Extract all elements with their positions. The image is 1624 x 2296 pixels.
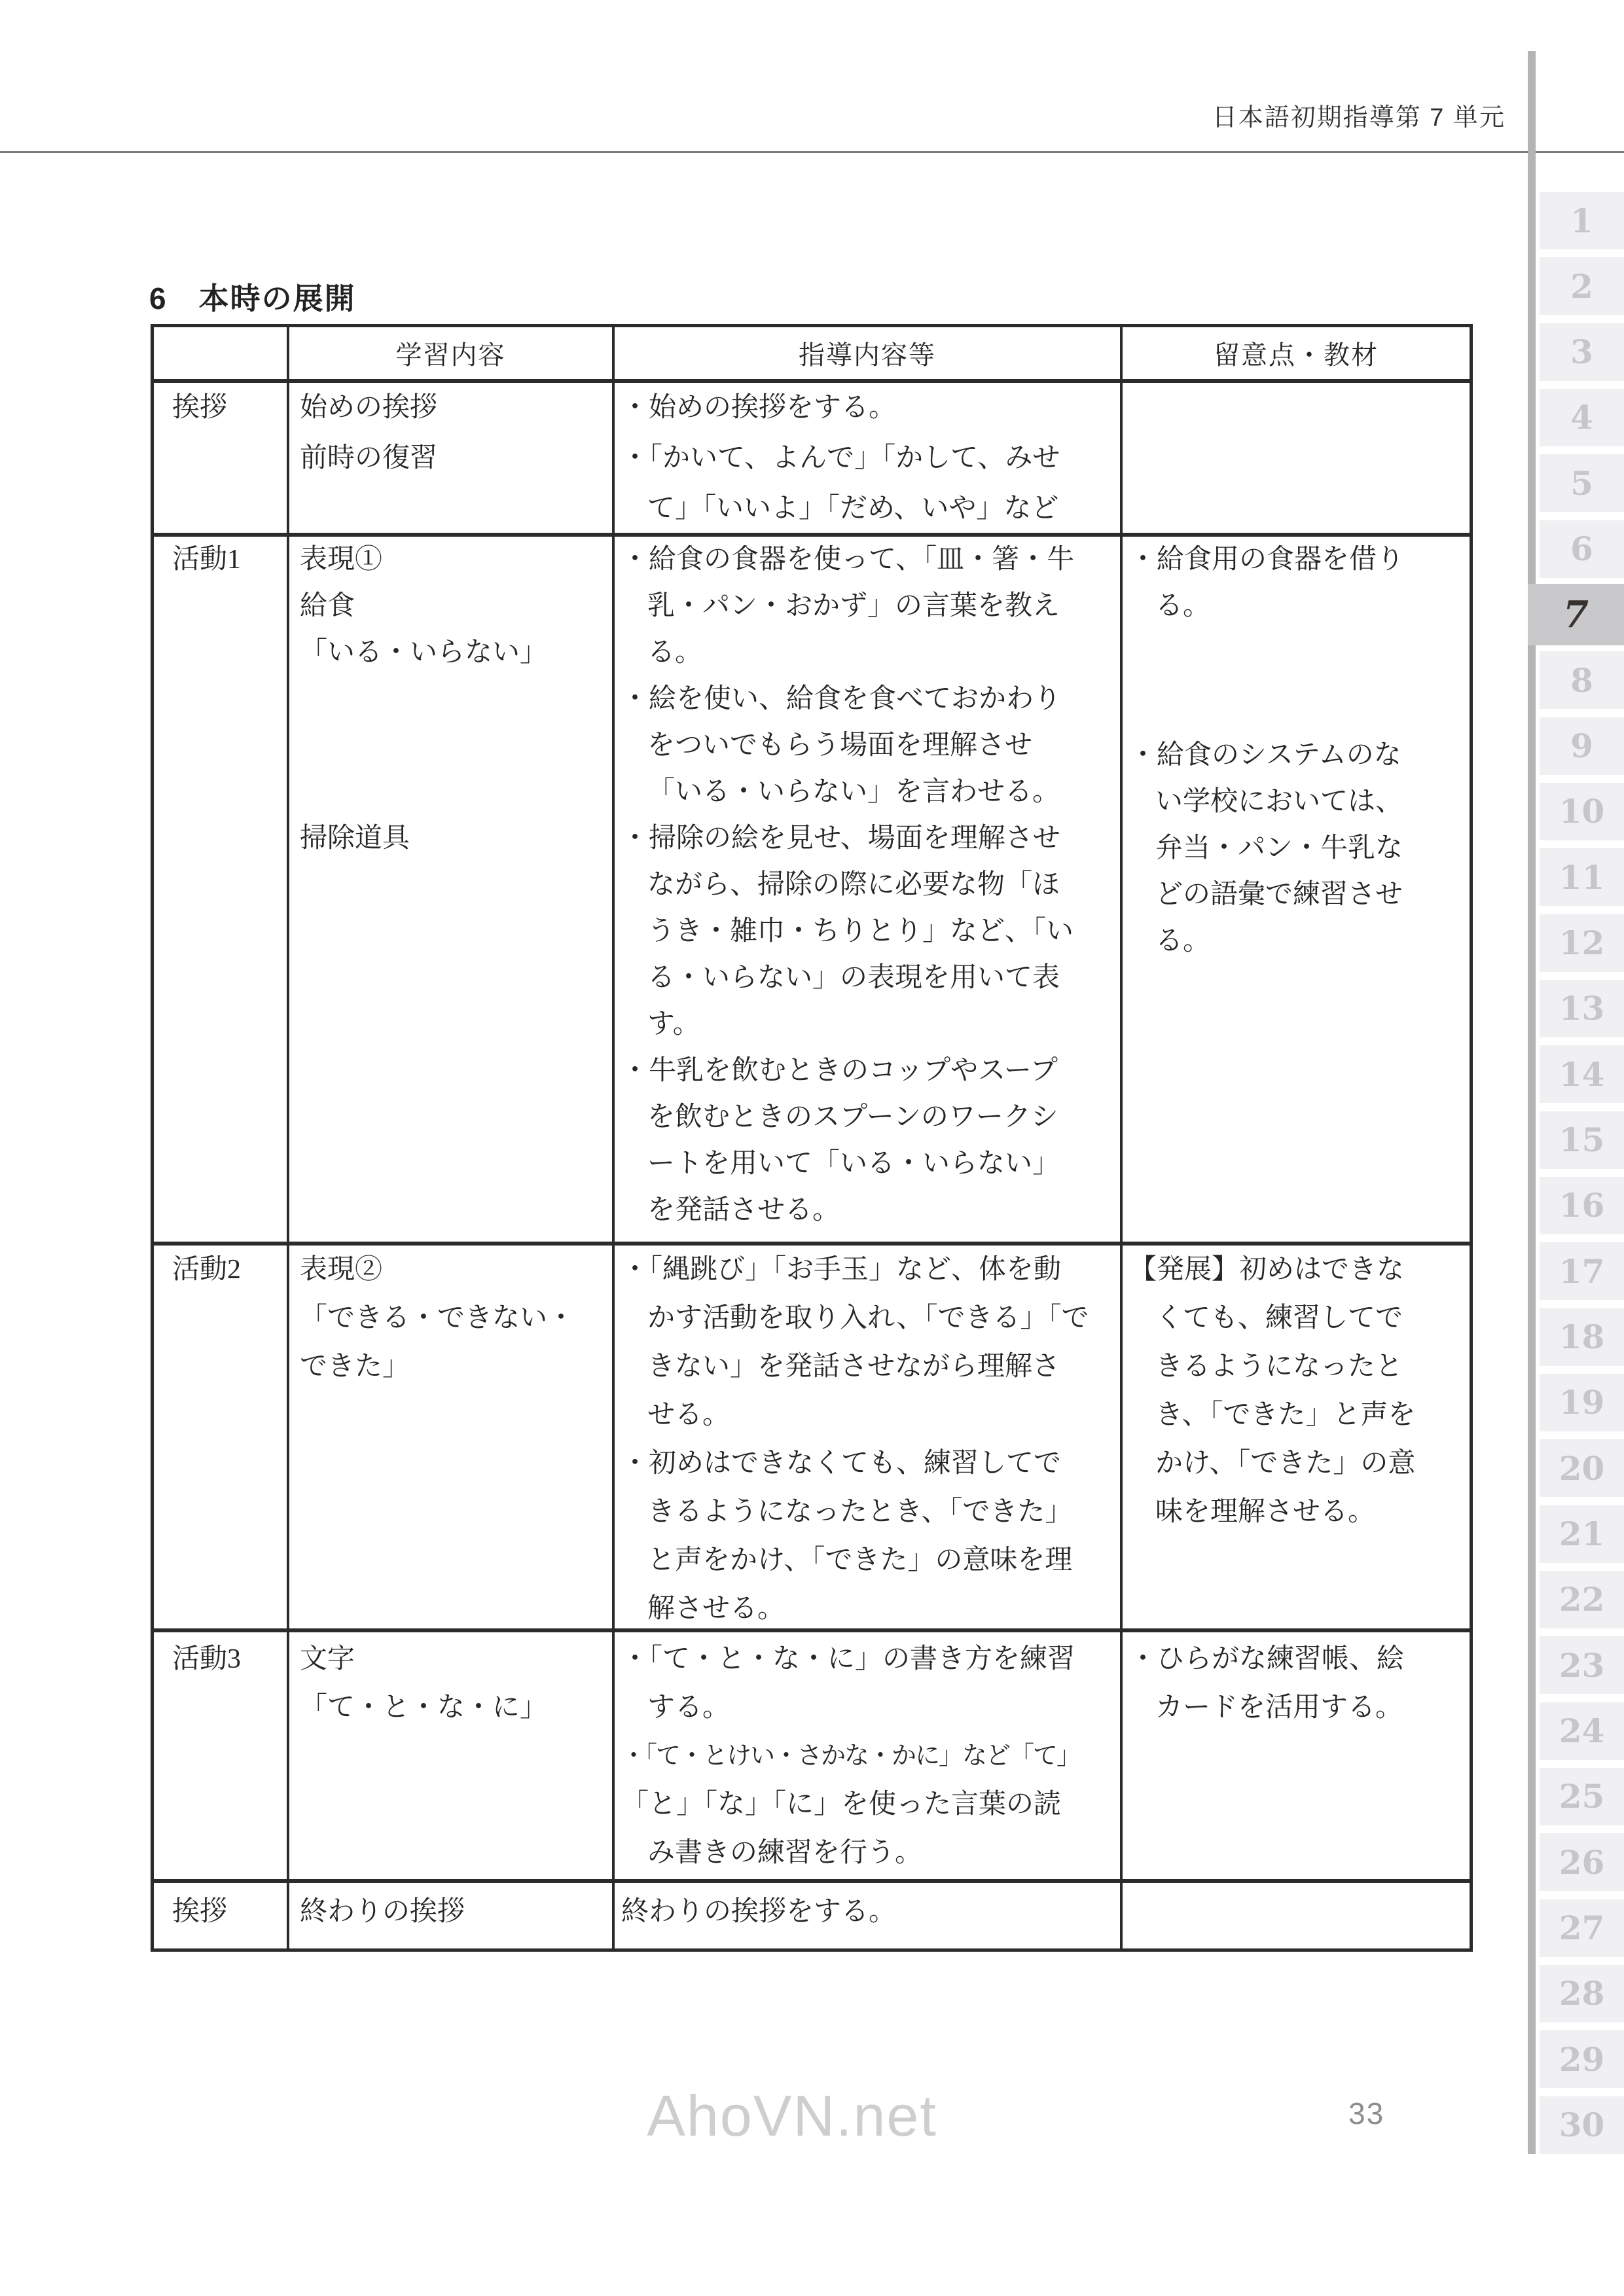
text-block: ・給食のシステムのない学校においては、弁当・パン・牛乳などの語彙で練習させる。 (1129, 732, 1463, 965)
text-line: うき・雑巾・ちりとり」など、「い (621, 908, 1113, 955)
unit-tab-18: 18 (1540, 1308, 1624, 1366)
text-line: をついでもらう場面を理解させ (621, 723, 1113, 769)
text-line: 弁当・パン・牛乳な (1129, 825, 1463, 872)
unit-tab-2: 2 (1540, 257, 1624, 315)
row-activity-2-content: 表現②「できる・できない・できた」 (289, 1246, 615, 1632)
text-line: ・初めはできなくても、練習してで (621, 1439, 1113, 1488)
text-line: て」「いいよ」「だめ、いや」など (621, 484, 1113, 534)
text-line: きない」を発話させながら理解さ (621, 1342, 1113, 1391)
text-line: 終わりの挨拶 (300, 1887, 605, 1937)
text-line: ・ひらがな練習帳、絵 (1129, 1635, 1463, 1683)
text-line: と声をかけ、「できた」の意味を理 (621, 1536, 1113, 1585)
table-header-content: 学習内容 (289, 327, 615, 383)
text-line: かす活動を取り入れ、「できる」「で (621, 1294, 1113, 1342)
row-greeting-close-notes (1123, 1883, 1470, 1948)
unit-tab-19: 19 (1540, 1374, 1624, 1431)
row-activity-2-notes: 【発展】初めはできなくても、練習してできるようになったとき、「できた」と声をかけ… (1123, 1246, 1470, 1632)
text-line: どの語彙で練習させ (1129, 872, 1463, 918)
row-activity-2-stage: 活動2 (154, 1246, 289, 1632)
unit-tab-9: 9 (1540, 717, 1624, 775)
stage-label: 挨拶 (172, 1887, 280, 1937)
text-line: 解させる。 (621, 1585, 1113, 1632)
text-line: できた」 (300, 1342, 605, 1391)
row-greeting-open-content: 始めの挨拶前時の復習 (289, 383, 615, 537)
unit-tab-23: 23 (1540, 1636, 1624, 1694)
table-header-stage (154, 327, 289, 383)
row-greeting-close-stage: 挨拶 (154, 1883, 289, 1948)
text-line: ・「て・と・な・に」の書き方を練習 (621, 1635, 1113, 1683)
row-activity-1-notes: ・給食用の食器を借りる。・給食のシステムのない学校においては、弁当・パン・牛乳な… (1123, 537, 1470, 1246)
text-block: ・給食用の食器を借りる。 (1129, 537, 1463, 630)
stage-label: 活動3 (172, 1635, 280, 1683)
sidebar-rail (1528, 51, 1536, 2154)
text-line: カードを活用する。 (1129, 1683, 1463, 1732)
unit-tab-7-active: 7 (1528, 584, 1624, 645)
text-line: る・いらない」の表現を用いて表 (621, 955, 1113, 1001)
text-line: を飲むときのスプーンのワークシ (621, 1094, 1113, 1141)
text-block: 終わりの挨拶をする。 (621, 1887, 1113, 1937)
text-line: ながら、掃除の際に必要な物「ほ (621, 862, 1113, 908)
text-line: 文字 (300, 1635, 605, 1683)
text-line: 「いる・いらない」を言わせる。 (621, 769, 1113, 816)
stage-label: 挨拶 (172, 383, 280, 433)
text-line: を発話させる。 (621, 1187, 1113, 1234)
text-line: 表現② (300, 1246, 605, 1294)
text-line: い学校においては、 (1129, 779, 1463, 825)
text-block: 【発展】初めはできなくても、練習してできるようになったとき、「できた」と声をかけ… (1129, 1246, 1463, 1536)
text-line: かけ、「できた」の意 (1129, 1439, 1463, 1488)
unit-tab-27: 27 (1540, 1899, 1624, 1957)
text-line: ・絵を使い、給食を食べておかわり (621, 676, 1113, 723)
row-activity-3-content: 文字「て・と・な・に」 (289, 1632, 615, 1883)
row-greeting-open-guidance: ・始めの挨拶をする。・「かいて、よんで」「かして、みせて」「いいよ」「だめ、いや… (615, 383, 1123, 537)
row-activity-3-notes: ・ひらがな練習帳、絵カードを活用する。 (1123, 1632, 1470, 1883)
text-line: る。 (621, 630, 1113, 676)
text-line: ・「かいて、よんで」「かして、みせ (621, 433, 1113, 484)
table-header-notes: 留意点・教材 (1123, 327, 1470, 383)
row-activity-1-stage: 活動1 (154, 537, 289, 1246)
text-line: 前時の復習 (300, 433, 605, 484)
text-line: ・「縄跳び」「お手玉」など、体を動 (621, 1246, 1113, 1294)
text-block: ・「縄跳び」「お手玉」など、体を動かす活動を取り入れ、「できる」「できない」を発… (621, 1246, 1113, 1632)
text-line: せる。 (621, 1391, 1113, 1439)
text-line: み書きの練習を行う。 (621, 1829, 1113, 1877)
unit-tab-16: 16 (1540, 1177, 1624, 1234)
text-line: 「て・と・な・に」 (300, 1683, 605, 1732)
row-greeting-open-stage: 挨拶 (154, 383, 289, 537)
unit-tab-20: 20 (1540, 1439, 1624, 1497)
text-line: 乳・パン・おかず」の言葉を教え (621, 583, 1113, 630)
text-line: 「と」「な」「に」を使った言葉の読 (621, 1780, 1113, 1829)
text-line: 【発展】初めはできな (1129, 1246, 1463, 1294)
text-line: 「いる・いらない」 (300, 630, 605, 676)
unit-tab-15: 15 (1540, 1111, 1624, 1169)
stage-label: 活動1 (172, 537, 280, 583)
table-header-guidance: 指導内容等 (615, 327, 1123, 383)
row-activity-1-content: 表現①給食「いる・いらない」掃除道具 (289, 537, 615, 1246)
text-block: 始めの挨拶前時の復習 (300, 383, 605, 484)
text-line: ・始めの挨拶をする。 (621, 383, 1113, 433)
unit-tab-11: 11 (1540, 848, 1624, 906)
text-line: 味を理解させる。 (1129, 1488, 1463, 1536)
text-line: ・給食のシステムのな (1129, 732, 1463, 779)
text-line: 掃除道具 (300, 816, 605, 862)
text-line: くても、練習してで (1129, 1294, 1463, 1342)
text-line: す。 (621, 1001, 1113, 1048)
lesson-plan-table: 学習内容指導内容等留意点・教材挨拶始めの挨拶前時の復習・始めの挨拶をする。・「か… (151, 324, 1473, 1952)
text-line: 給食 (300, 583, 605, 630)
text-block: ・「て・と・な・に」の書き方を練習する。・「て・とけい・さかな・かに」など「て」… (621, 1635, 1113, 1877)
text-line: る。 (1129, 583, 1463, 630)
text-block: 表現①給食「いる・いらない」 (300, 537, 605, 676)
row-activity-2-guidance: ・「縄跳び」「お手玉」など、体を動かす活動を取り入れ、「できる」「できない」を発… (615, 1246, 1123, 1632)
unit-tab-12: 12 (1540, 914, 1624, 972)
text-line: き、「できた」と声を (1129, 1391, 1463, 1439)
unit-tab-4: 4 (1540, 389, 1624, 446)
text-line: ・「て・とけい・さかな・かに」など「て」 (621, 1732, 1113, 1780)
unit-tab-26: 26 (1540, 1833, 1624, 1891)
text-line: する。 (621, 1683, 1113, 1732)
row-activity-3-guidance: ・「て・と・な・に」の書き方を練習する。・「て・とけい・さかな・かに」など「て」… (615, 1632, 1123, 1883)
row-activity-1-guidance: ・給食の食器を使って、「皿・箸・牛乳・パン・おかず」の言葉を教える。・絵を使い、… (615, 537, 1123, 1246)
text-block: 終わりの挨拶 (300, 1887, 605, 1937)
unit-tab-14: 14 (1540, 1045, 1624, 1103)
unit-tab-5: 5 (1540, 454, 1624, 512)
stage-label: 活動2 (172, 1246, 280, 1294)
text-block: ・始めの挨拶をする。・「かいて、よんで」「かして、みせて」「いいよ」「だめ、いや… (621, 383, 1113, 534)
text-line: ・掃除の絵を見せ、場面を理解させ (621, 816, 1113, 862)
text-line: る。 (1129, 918, 1463, 965)
unit-tab-28: 28 (1540, 1965, 1624, 2022)
row-greeting-close-guidance: 終わりの挨拶をする。 (615, 1883, 1123, 1948)
unit-tab-8: 8 (1540, 651, 1624, 709)
section-title: 6 本時の展開 (149, 275, 356, 318)
text-line: ートを用いて「いる・いらない」 (621, 1141, 1113, 1187)
page-number: 33 (1348, 2096, 1384, 2131)
watermark: AhoVN.net (530, 2083, 1054, 2149)
text-line: ・給食の食器を使って、「皿・箸・牛 (621, 537, 1113, 583)
text-line: 終わりの挨拶をする。 (621, 1887, 1113, 1937)
text-block: 表現②「できる・できない・できた」 (300, 1246, 605, 1391)
header-divider-rule (0, 151, 1624, 153)
unit-tab-13: 13 (1540, 980, 1624, 1037)
page-header-unit-label: 日本語初期指導第 7 単元 (1212, 97, 1506, 133)
text-line: きるようになったとき、「できた」 (621, 1488, 1113, 1536)
unit-tab-29: 29 (1540, 2030, 1624, 2088)
row-greeting-open-notes (1123, 383, 1470, 537)
unit-tab-22: 22 (1540, 1571, 1624, 1628)
text-line: きるようになったと (1129, 1342, 1463, 1391)
text-line: 表現① (300, 537, 605, 583)
text-block: 掃除道具 (300, 816, 605, 862)
text-block: 文字「て・と・な・に」 (300, 1635, 605, 1732)
unit-tab-6: 6 (1540, 520, 1624, 578)
unit-tab-17: 17 (1540, 1242, 1624, 1300)
unit-tab-1: 1 (1540, 192, 1624, 249)
text-block: ・ひらがな練習帳、絵カードを活用する。 (1129, 1635, 1463, 1732)
unit-tab-21: 21 (1540, 1505, 1624, 1563)
text-line: ・牛乳を飲むときのコップやスープ (621, 1048, 1113, 1094)
unit-tab-30: 30 (1540, 2096, 1624, 2154)
text-line: 始めの挨拶 (300, 383, 605, 433)
row-activity-3-stage: 活動3 (154, 1632, 289, 1883)
unit-tab-24: 24 (1540, 1702, 1624, 1760)
text-line: 「できる・できない・ (300, 1294, 605, 1342)
unit-tab-25: 25 (1540, 1768, 1624, 1825)
unit-tab-10: 10 (1540, 783, 1624, 840)
text-line: ・給食用の食器を借り (1129, 537, 1463, 583)
text-block: ・給食の食器を使って、「皿・箸・牛乳・パン・おかず」の言葉を教える。・絵を使い、… (621, 537, 1113, 1234)
row-greeting-close-content: 終わりの挨拶 (289, 1883, 615, 1948)
unit-tab-3: 3 (1540, 323, 1624, 381)
